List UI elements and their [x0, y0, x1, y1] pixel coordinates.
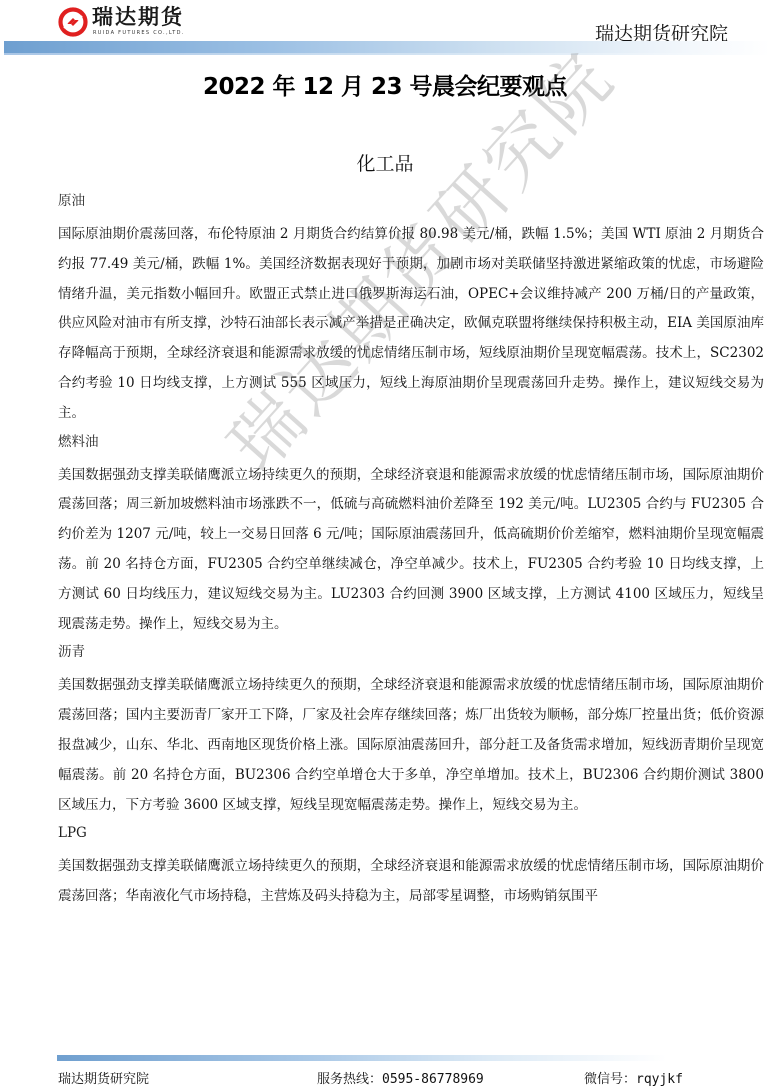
category-heading-crude-oil: 原油 [58, 188, 764, 215]
logo-chinese-name: 瑞达期货 [92, 5, 185, 29]
category-heading-fuel-oil: 燃料油 [58, 429, 764, 456]
header-divider [4, 53, 770, 55]
paragraph-fuel-oil: 美国数据强劲支撑美联储鹰派立场持续更久的预期，全球经济衰退和能源需求放缓的忧虑情… [58, 461, 764, 640]
section-title: 化工品 [0, 149, 770, 176]
category-heading-asphalt: 沥青 [58, 639, 764, 666]
category-heading-lpg: LPG [58, 820, 764, 847]
page-header: 瑞达期货 RUIDA FUTURES CO.,LTD. 瑞达期货研究院 [0, 0, 770, 60]
ruida-logo-icon [58, 7, 88, 37]
footer-wechat: 微信号：rqyjkf [584, 1068, 683, 1087]
document-title: 2022 年 12 月 23 号晨会纪要观点 [0, 68, 770, 101]
paragraph-asphalt: 美国数据强劲支撑美联储鹰派立场持续更久的预期，全球经济衰退和能源需求放缓的忧虑情… [58, 671, 764, 820]
company-logo: 瑞达期货 RUIDA FUTURES CO.,LTD. [58, 5, 185, 37]
footer-hotline: 服务热线：0595-86778969 [317, 1068, 484, 1087]
paragraph-crude-oil: 国际原油期价震荡回落，布伦特原油 2 月期货合约结算价报 80.98 美元/桶，… [58, 220, 764, 429]
logo-english-name: RUIDA FUTURES CO.,LTD. [93, 29, 185, 37]
footer-gradient-bar [57, 1055, 667, 1061]
document-body: 原油 国际原油期价震荡回落，布伦特原油 2 月期货合约结算价报 80.98 美元… [58, 188, 764, 912]
page-footer: 瑞达期货研究院 服务热线：0595-86778969 微信号：rqyjkf [0, 1068, 770, 1088]
paragraph-lpg: 美国数据强劲支撑美联储鹰派立场持续更久的预期，全球经济衰退和能源需求放缓的忧虑情… [58, 852, 764, 912]
header-gradient-bar [4, 41, 770, 53]
footer-org-name: 瑞达期货研究院 [58, 1068, 149, 1087]
